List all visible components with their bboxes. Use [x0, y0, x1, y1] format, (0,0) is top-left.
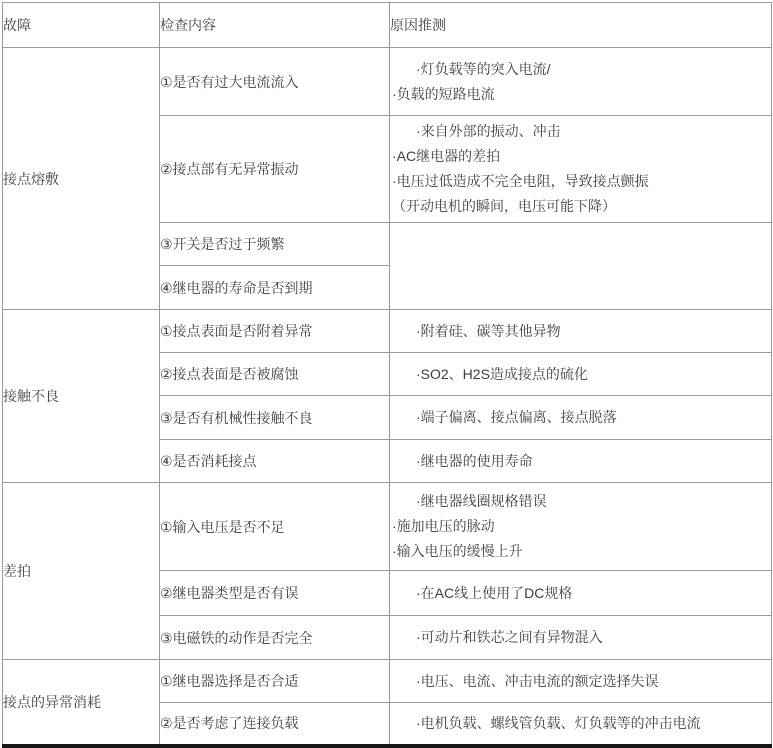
cause-cell: ·继电器线圈规格错误 ·施加电压的脉动 ·输入电压的缓慢上升	[390, 483, 772, 571]
cause-line: ·SO2、H2S造成接点的硫化	[390, 362, 771, 387]
cause-line: ·负载的短路电流	[390, 82, 771, 107]
header-check: 检查内容	[160, 3, 390, 48]
check-cell: ②接点部有无异常振动	[160, 116, 390, 223]
cause-cell: ·端子偏离、接点偏离、接点脱落	[390, 396, 772, 440]
cause-line: ·电压、电流、冲击电流的额定选择失误	[390, 669, 771, 694]
table-row: 差拍 ①输入电压是否不足 ·继电器线圈规格错误 ·施加电压的脉动 ·输入电压的缓…	[3, 483, 772, 571]
cause-line: ·继电器线圈规格错误	[390, 489, 771, 514]
cause-line: ·输入电压的缓慢上升	[390, 539, 771, 564]
check-cell: ①是否有过大电流流入	[160, 48, 390, 116]
cause-line: ·AC继电器的差拍	[390, 144, 771, 169]
page: 故障 检查内容 原因推测 接点熔敷 ①是否有过大电流流入 ·灯负载等的突入电流/…	[0, 0, 773, 745]
check-cell: ①接点表面是否附着异常	[160, 310, 390, 353]
check-cell: ②继电器类型是否有误	[160, 571, 390, 616]
check-cell: ③开关是否过于频繁	[160, 223, 390, 266]
fault-table: 故障 检查内容 原因推测 接点熔敷 ①是否有过大电流流入 ·灯负载等的突入电流/…	[2, 2, 772, 748]
fault-cell: 接触不良	[3, 310, 160, 483]
cause-line: ·灯负载等的突入电流/	[390, 57, 771, 82]
cause-cell-empty	[390, 223, 772, 310]
header-fault: 故障	[3, 3, 160, 48]
cause-line: ·电压过低造成不完全电阻，导致接点颤振	[390, 169, 771, 194]
cause-line: （开动电机的瞬间，电压可能下降）	[390, 194, 771, 219]
cause-line: ·继电器的使用寿命	[390, 449, 771, 474]
cause-cell: ·电压、电流、冲击电流的额定选择失误	[390, 660, 772, 703]
cause-cell: ·附着硅、碳等其他异物	[390, 310, 772, 353]
table-row: 接触不良 ①接点表面是否附着异常 ·附着硅、碳等其他异物	[3, 310, 772, 353]
cause-cell: ·灯负载等的突入电流/ ·负载的短路电流	[390, 48, 772, 116]
check-cell: ④是否消耗接点	[160, 440, 390, 483]
cause-line: ·可动片和铁芯之间有异物混入	[390, 625, 771, 650]
cause-line: ·在AC线上使用了DC规格	[390, 581, 771, 606]
cause-line: ·电机负载、螺线管负载、灯负载等的冲击电流	[390, 711, 771, 736]
table-row: 接点的异常消耗 ①继电器选择是否合适 ·电压、电流、冲击电流的额定选择失误	[3, 660, 772, 703]
check-cell: ①输入电压是否不足	[160, 483, 390, 571]
cause-line: ·施加电压的脉动	[390, 514, 771, 539]
cause-cell: ·继电器的使用寿命	[390, 440, 772, 483]
header-row: 故障 检查内容 原因推测	[3, 3, 772, 48]
cause-line: ·附着硅、碳等其他异物	[390, 319, 771, 344]
cause-cell: ·可动片和铁芯之间有异物混入	[390, 616, 772, 660]
check-cell: ③是否有机械性接触不良	[160, 396, 390, 440]
cause-cell: ·在AC线上使用了DC规格	[390, 571, 772, 616]
check-cell: ④继电器的寿命是否到期	[160, 266, 390, 310]
fault-cell: 接点熔敷	[3, 48, 160, 310]
check-cell: ③电磁铁的动作是否完全	[160, 616, 390, 660]
cause-cell: ·来自外部的振动、冲击 ·AC继电器的差拍 ·电压过低造成不完全电阻，导致接点颤…	[390, 116, 772, 223]
cause-cell: ·电机负载、螺线管负载、灯负载等的冲击电流	[390, 703, 772, 746]
cause-cell: ·SO2、H2S造成接点的硫化	[390, 353, 772, 396]
cause-line: ·来自外部的振动、冲击	[390, 119, 771, 144]
fault-cell: 差拍	[3, 483, 160, 660]
check-cell: ②接点表面是否被腐蚀	[160, 353, 390, 396]
fault-cell: 接点的异常消耗	[3, 660, 160, 746]
check-cell: ①继电器选择是否合适	[160, 660, 390, 703]
table-row: 接点熔敷 ①是否有过大电流流入 ·灯负载等的突入电流/ ·负载的短路电流	[3, 48, 772, 116]
check-cell: ②是否考虑了连接负载	[160, 703, 390, 746]
cause-line: ·端子偏离、接点偏离、接点脱落	[390, 405, 771, 430]
header-cause: 原因推测	[390, 3, 772, 48]
